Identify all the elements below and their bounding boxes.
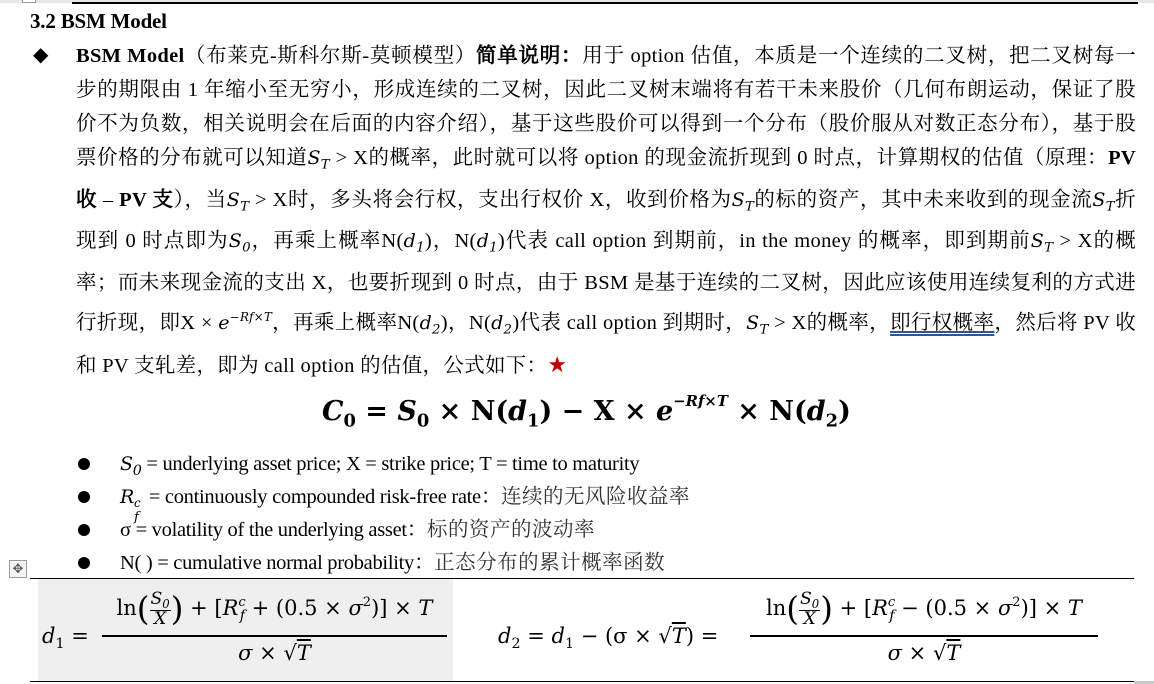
text-segment: ，再乘上概率N( bbox=[272, 312, 419, 334]
term-bold: BSM Model bbox=[76, 45, 184, 67]
intro-paragraph: BSM Model（布莱克-斯科尔斯-莫顿模型）简单说明：用于 option 估… bbox=[76, 39, 1136, 383]
exercise-probability-underlined: 即行权概率 bbox=[890, 312, 994, 334]
d2-formula: d2 = d1 − (σ × √T) = ln(S0X) + [Rcf − (0… bbox=[498, 590, 1118, 678]
bullet-dot-icon bbox=[78, 458, 90, 470]
label-bold: 简单说明： bbox=[476, 45, 582, 67]
pv-out: PV 支 bbox=[119, 189, 173, 211]
bullet-dot-icon bbox=[78, 557, 90, 569]
d1-formula: d1 = ln(S0X) + [Rcf + (0.5 × σ2)] × T σ … bbox=[42, 590, 452, 678]
math-st: ST bbox=[1031, 230, 1054, 252]
header-rule bbox=[72, 2, 1138, 4]
bullet-dot-icon bbox=[78, 524, 90, 536]
math-d2: d2 bbox=[491, 312, 512, 334]
text-segment: )，N( bbox=[425, 230, 477, 252]
table-move-handle-icon[interactable]: ✥ bbox=[9, 560, 27, 578]
math-st: ST bbox=[1092, 189, 1115, 211]
math-st: ST bbox=[732, 189, 755, 211]
math-st: ST bbox=[746, 312, 769, 334]
math-d1: d1 bbox=[477, 230, 498, 252]
text-segment: > X时，多头将会行权，支出行权价 X，收到价格为 bbox=[249, 189, 731, 211]
math-d2: d2 bbox=[420, 312, 441, 334]
text-segment: )，N( bbox=[441, 312, 491, 334]
text-segment: )代表 call option 到期前，in the money 的概率，即到期… bbox=[498, 230, 1031, 252]
term-cn: （布莱克-斯科尔斯-莫顿模型） bbox=[184, 45, 476, 67]
star-icon: ★ bbox=[547, 352, 567, 377]
math-discount: e−Rf×T bbox=[218, 312, 272, 334]
diamond-bullet-icon: ◆ bbox=[33, 42, 48, 68]
math-s0: S0 bbox=[229, 230, 251, 252]
text-segment: – bbox=[97, 189, 119, 211]
text-segment: > X的概率，此时就可以将 option 的现金流折现到 0 时点，计算期权的估… bbox=[330, 147, 1108, 169]
text-segment: 的标的资产，其中未来收到的现金流 bbox=[754, 189, 1092, 211]
page-corner-marker bbox=[22, 0, 36, 3]
table-bottom-border bbox=[30, 681, 1134, 682]
text-segment: ，再乘上概率N( bbox=[251, 230, 404, 252]
math-d1: d1 bbox=[404, 230, 425, 252]
text-segment: ），当 bbox=[174, 189, 227, 211]
text-segment: )代表 call option 到期时， bbox=[512, 312, 746, 334]
table-top-border bbox=[30, 578, 1134, 579]
section-heading: 3.2 BSM Model bbox=[30, 9, 167, 34]
math-st: ST bbox=[227, 189, 250, 211]
math-st: ST bbox=[307, 147, 330, 169]
text-segment: > X的概率， bbox=[769, 312, 890, 334]
bsm-call-formula: C0 = S0 × N(d1) − X × e−Rf×T × N(d2) bbox=[322, 392, 862, 431]
bullet-dot-icon bbox=[78, 491, 90, 503]
